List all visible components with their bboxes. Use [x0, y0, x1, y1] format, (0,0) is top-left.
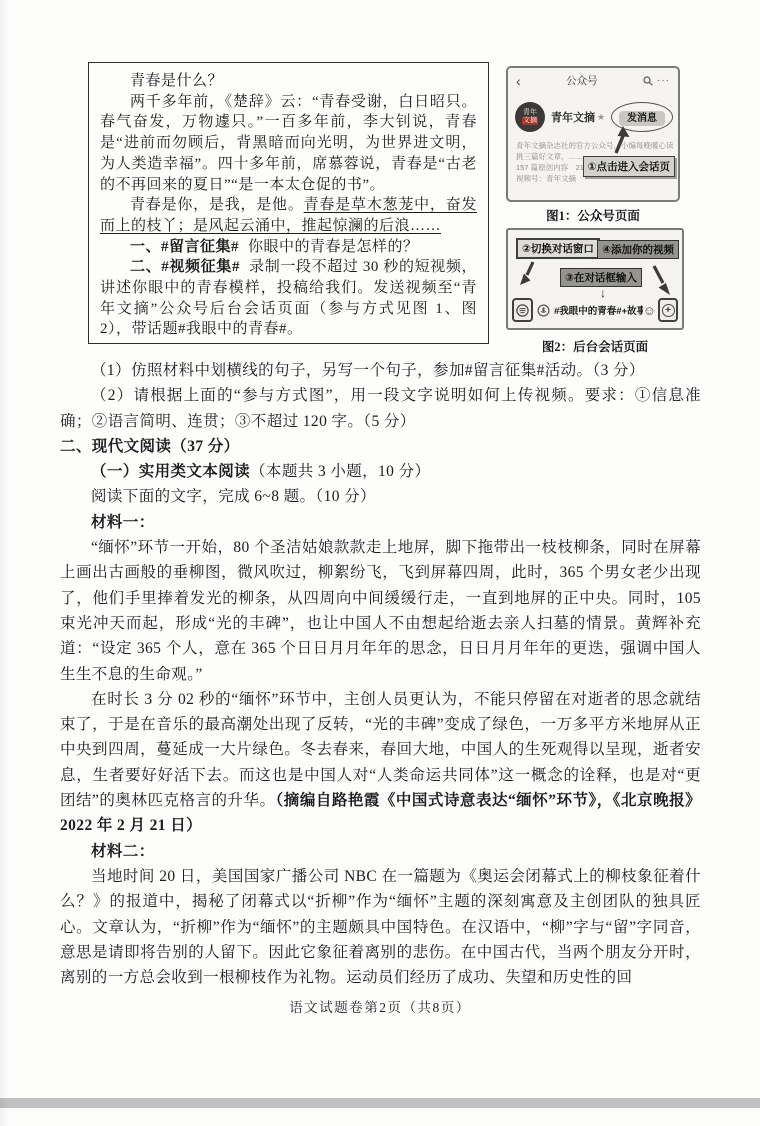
page-footer: 语文试题卷第2页（共8页） [0, 996, 760, 1016]
send-message-button-wrap: 发消息 [619, 108, 665, 126]
material1-paragraph-1: “缅怀”环节一开始，80 个圣洁姑娘款款走上地屏，脚下拖带出一枝枝柳条，同时在屏… [60, 535, 701, 687]
figure1-official-account-page: ‹ 公众号 ··· 青年 文摘 青年文摘 ★ 发消息 青年文摘杂志社的官方公众号… [506, 66, 680, 202]
description-line: 青年文摘杂志社的官方公众号，小编每晚暖心读， [516, 140, 673, 151]
annotation-arrow-up-icon [610, 126, 632, 154]
navbar-title: 公众号 [521, 73, 643, 88]
quote-paragraph: 两千多年前，《楚辞》云：“青春受谢，白日昭只。春气奋发，万物遽只。”一百多年前，… [100, 92, 477, 196]
quote-underlined-paragraph: 青春是你，是我，是他。青春是草木葱茏中，奋发而上的枝丫；是风起云涌中，推起惊澜的… [100, 195, 477, 236]
scan-edge-shadow [0, 0, 8, 1126]
avatar-text-top: 青年 [523, 109, 537, 117]
more-ellipsis-icon: ··· [657, 75, 670, 86]
subsection-title-rest: （本题共 3 小题，10 分） [250, 463, 430, 480]
quote-lead-text: 青春是你，是我，是他。 [130, 197, 304, 213]
exam-body: （1）仿照材料中划横线的句子，另写一个句子，参加#留言征集#活动。（3 分） （… [60, 358, 701, 990]
account-name: 青年文摘 [551, 109, 595, 125]
annotation-arrow-downright-icon [650, 264, 672, 296]
scan-bottom-bar [0, 1098, 760, 1108]
add-attachment-highlight: + [658, 298, 678, 322]
chat-input-row: #我眼中的青春#+故事名称 ☺ + [512, 297, 678, 323]
emoji-smiley-icon: ☺ [643, 304, 656, 317]
hashtag-label-video: 二、#视频征集# [130, 259, 240, 275]
figure2-caption: 图2：后台会话页面 [506, 337, 684, 355]
subsection-title-bold: （一）实用类文本阅读 [91, 463, 250, 480]
plus-icon: + [662, 304, 675, 317]
figure1-navbar: ‹ 公众号 ··· [508, 68, 678, 88]
figure1-caption: 图1：公众号页面 [506, 206, 680, 224]
voice-icon [537, 304, 550, 317]
question-1: （1）仿照材料中划横线的句子，另写一个句子，参加#留言征集#活动。（3 分） [60, 358, 701, 383]
intro-material-box: 青春是什么？ 两千多年前，《楚辞》云：“青春受谢，白日昭只。春气奋发，万物遽只。… [88, 62, 489, 344]
chat-input-text: #我眼中的青春#+故事名称 [554, 303, 643, 317]
collection-item-1: 一、#留言征集#你眼中的青春是怎样的？ [100, 237, 477, 258]
search-icon [643, 76, 653, 86]
material1-paragraph-2: 在时长 3 分 02 秒的“缅怀”环节中，主创人员更认为，不能只停留在对逝者的思… [60, 687, 701, 839]
step2-callout: ②切换对话窗口 [516, 238, 600, 259]
quote-opening-line: 青春是什么？ [100, 71, 477, 92]
collection-item-2: 二、#视频征集#录制一段不超过 30 秒的短视频，讲述你眼中的青春模样，投稿给我… [100, 257, 477, 340]
material1-label: 材料一： [60, 510, 701, 535]
figure2-conversation-page: ②切换对话窗口 ④添加你的视频 ③在对话框输入 ↓ #我眼中的青春#+故事名称 … [506, 228, 684, 330]
star-icon: ★ [597, 112, 605, 123]
section-2-title: 二、现代文阅读（37 分） [60, 434, 701, 459]
step1-callout: ①点击进入会话页 [583, 156, 675, 177]
avatar-text-bottom: 文摘 [522, 117, 538, 125]
step3-callout: ③在对话框输入 [560, 268, 642, 287]
material2-label: 材料二： [60, 839, 701, 864]
collection-item-1-text: 你眼中的青春是怎样的？ [248, 239, 419, 255]
reading-instruction: 阅读下面的文字，完成 6~8 题。（10 分） [60, 484, 701, 509]
subsection-title: （一）实用类文本阅读（本题共 3 小题，10 分） [60, 459, 701, 484]
account-row: 青年 文摘 青年文摘 ★ 发消息 [515, 102, 673, 132]
account-avatar: 青年 文摘 [515, 102, 545, 132]
question-2: （2）请根据上面的“参与方式图”，用一段文字说明如何上传视频。要求：①信息准确；… [60, 383, 701, 434]
keyboard-toggle-icon [512, 298, 533, 322]
step4-callout: ④添加你的视频 [597, 240, 679, 259]
exam-paper-page: 青春是什么？ 两千多年前，《楚辞》云：“青春受谢，白日昭只。春气奋发，万物遽只。… [0, 0, 760, 1126]
hashtag-label-message: 一、#留言征集# [130, 239, 239, 255]
material2-paragraph-1: 当地时间 20 日，美国国家广播公司 NBC 在一篇题为《奥运会闭幕式上的柳枝象… [60, 864, 701, 990]
annotation-arrow-downleft-icon [518, 260, 538, 286]
